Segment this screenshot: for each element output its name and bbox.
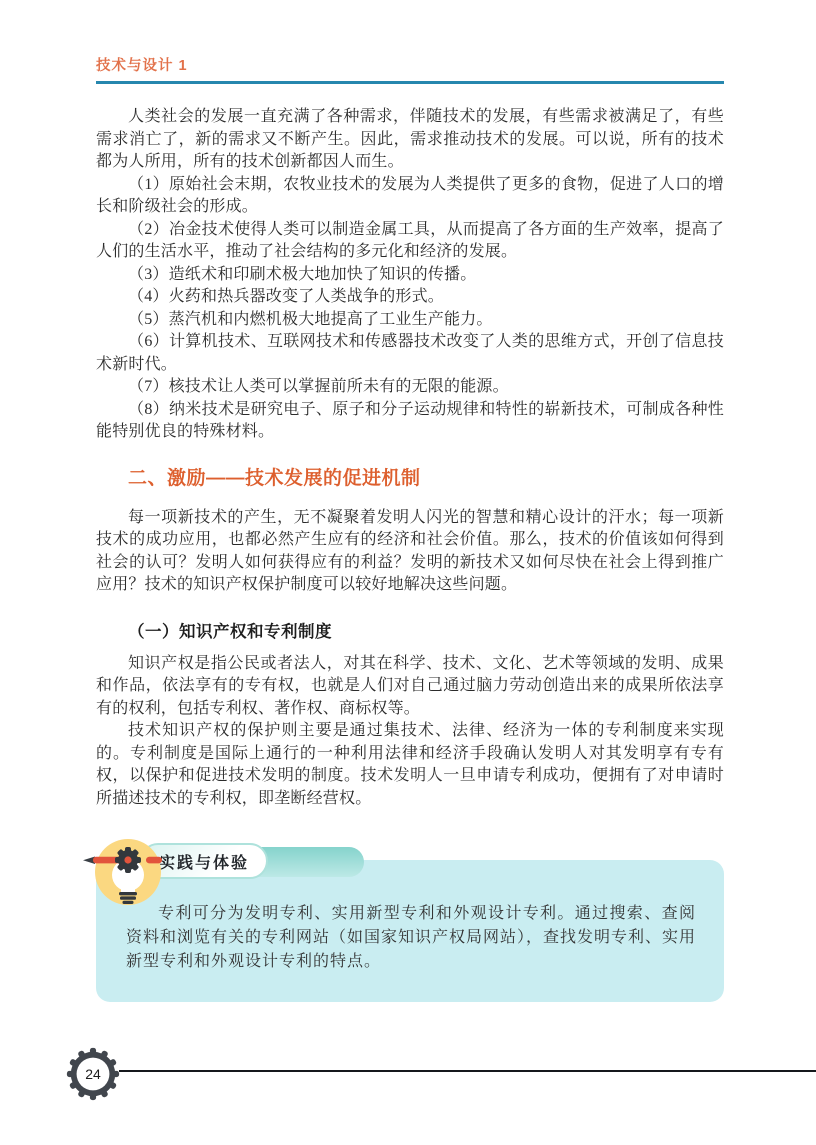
practice-box: 专利可分为发明专利、实用新型专利和外观设计专利。通过搜索、查阅资料和浏览有关的专… — [96, 860, 724, 1002]
section-paragraph: 每一项新技术的产生，无不凝聚着发明人闪光的智慧和精心设计的汗水；每一项新技术的成… — [96, 507, 724, 597]
page-footer: 24 — [0, 1050, 816, 1120]
gear-page-number-icon: 24 — [64, 1045, 122, 1103]
book-title: 技术与设计 1 — [96, 54, 724, 75]
practice-experience-callout: 专利可分为发明专利、实用新型专利和外观设计专利。通过搜索、查阅资料和浏览有关的专… — [96, 860, 724, 1002]
page-number: 24 — [64, 1045, 122, 1103]
subsection-paragraph-1: 知识产权是指公民或者法人，对其在科学、技术、文化、艺术等领域的发明、成果和作品，… — [96, 653, 724, 721]
practice-text: 专利可分为发明专利、实用新型专利和外观设计专利。通过搜索、查阅资料和浏览有关的专… — [126, 902, 696, 974]
numbered-item-1: （1）原始社会末期，农牧业技术的发展为人类提供了更多的食物，促进了人口的增长和阶… — [96, 174, 724, 219]
numbered-item-8: （8）纳米技术是研究电子、原子和分子运动规律和特性的崭新技术，可制成各种性能特别… — [96, 399, 724, 444]
lightbulb-gear-pencil-icon — [82, 830, 174, 912]
page-header: 技术与设计 1 — [96, 54, 724, 84]
numbered-item-6: （6）计算机技术、互联网技术和传感器技术改变了人类的思维方式，开创了信息技术新时… — [96, 331, 724, 376]
subsection-heading: （一）知识产权和专利制度 — [96, 618, 724, 642]
page-content: 人类社会的发展一直充满了各种需求，伴随技术的发展，有些需求被满足了，有些需求消亡… — [96, 106, 724, 1002]
section-heading: 二、激励——技术发展的促进机制 — [96, 463, 724, 490]
subsection-paragraph-2: 技术知识产权的保护则主要是通过集技术、法律、经济为一体的专利制度来实现的。专利制… — [96, 720, 724, 810]
numbered-item-4: （4）火药和热兵器改变了人类战争的形式。 — [96, 286, 724, 309]
footer-rule — [119, 1070, 816, 1072]
numbered-item-3: （3）造纸术和印刷术极大地加快了知识的传播。 — [96, 264, 724, 287]
header-rule — [96, 81, 724, 84]
numbered-item-5: （5）蒸汽机和内燃机极大地提高了工业生产能力。 — [96, 309, 724, 332]
numbered-item-7: （7）核技术让人类可以掌握前所未有的无限的能源。 — [96, 376, 724, 399]
numbered-item-2: （2）冶金技术使得人类可以制造金属工具，从而提高了各方面的生产效率，提高了人们的… — [96, 219, 724, 264]
intro-paragraph: 人类社会的发展一直充满了各种需求，伴随技术的发展，有些需求被满足了，有些需求消亡… — [96, 106, 724, 174]
textbook-page: 技术与设计 1 人类社会的发展一直充满了各种需求，伴随技术的发展，有些需求被满足… — [0, 0, 816, 1145]
